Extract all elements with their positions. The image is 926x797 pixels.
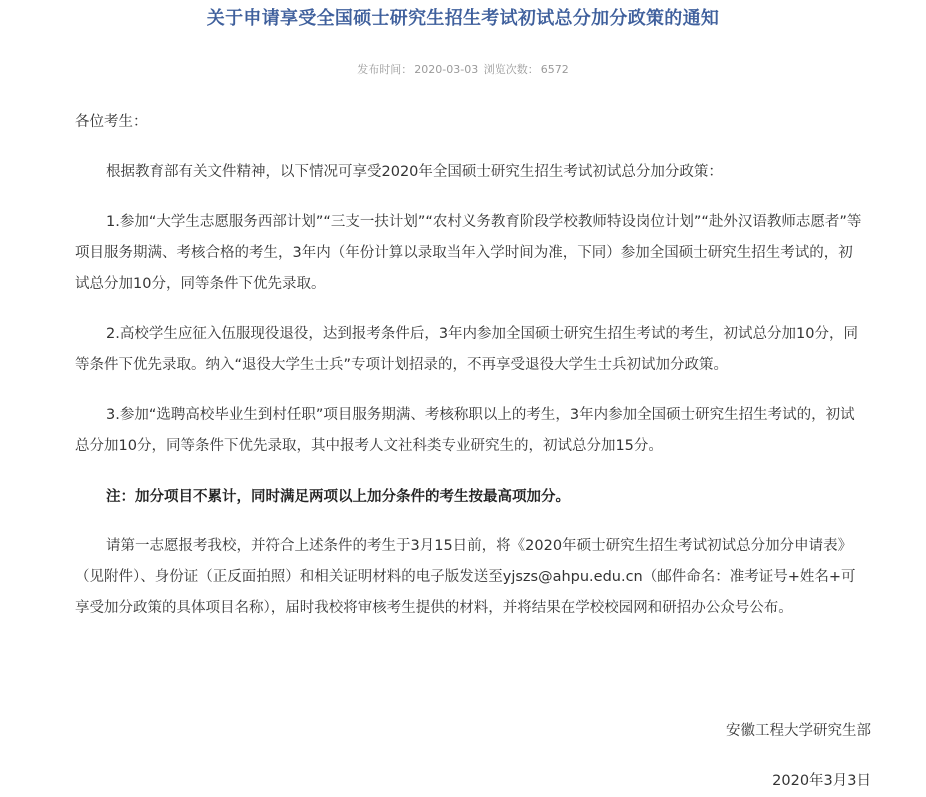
policy-item-3: 3.参加“选聘高校毕业生到村任职”项目服务期满、考核称职以上的考生，3年内参加全… <box>75 400 865 462</box>
instruction-paragraph: 请第一志愿报考我校，并符合上述条件的考生于3月15日前，将《2020年硕士研究生… <box>75 531 865 624</box>
article-meta: 发布时间：2020-03-03 浏览次数：6572 <box>0 62 926 78</box>
note-paragraph: 注：加分项目不累计，同时满足两项以上加分条件的考生按最高项加分。 <box>75 481 865 512</box>
salutation: 各位考生： <box>75 107 865 138</box>
publish-date: 2020-03-03 <box>414 63 478 76</box>
signature-date: 2020年3月3日 <box>772 771 871 791</box>
publish-date-label: 发布时间： <box>357 63 412 76</box>
policy-item-2: 2.高校学生应征入伍服现役退役，达到报考条件后，3年内参加全国硕士研究生招生考试… <box>75 319 865 381</box>
article-body: 各位考生： 根据教育部有关文件精神，以下情况可享受2020年全国硕士研究生招生考… <box>75 107 865 624</box>
intro-paragraph: 根据教育部有关文件精神，以下情况可享受2020年全国硕士研究生招生考试初试总分加… <box>75 157 865 188</box>
article-title: 关于申请享受全国硕士研究生招生考试初试总分加分政策的通知 <box>0 6 926 32</box>
signature: 安徽工程大学研究生部 <box>726 721 871 741</box>
views-count: 6572 <box>541 63 569 76</box>
policy-item-1: 1.参加“大学生志愿服务西部计划”“三支一扶计划”“农村义务教育阶段学校教师特设… <box>75 207 865 300</box>
views-label: 浏览次数： <box>484 63 539 76</box>
